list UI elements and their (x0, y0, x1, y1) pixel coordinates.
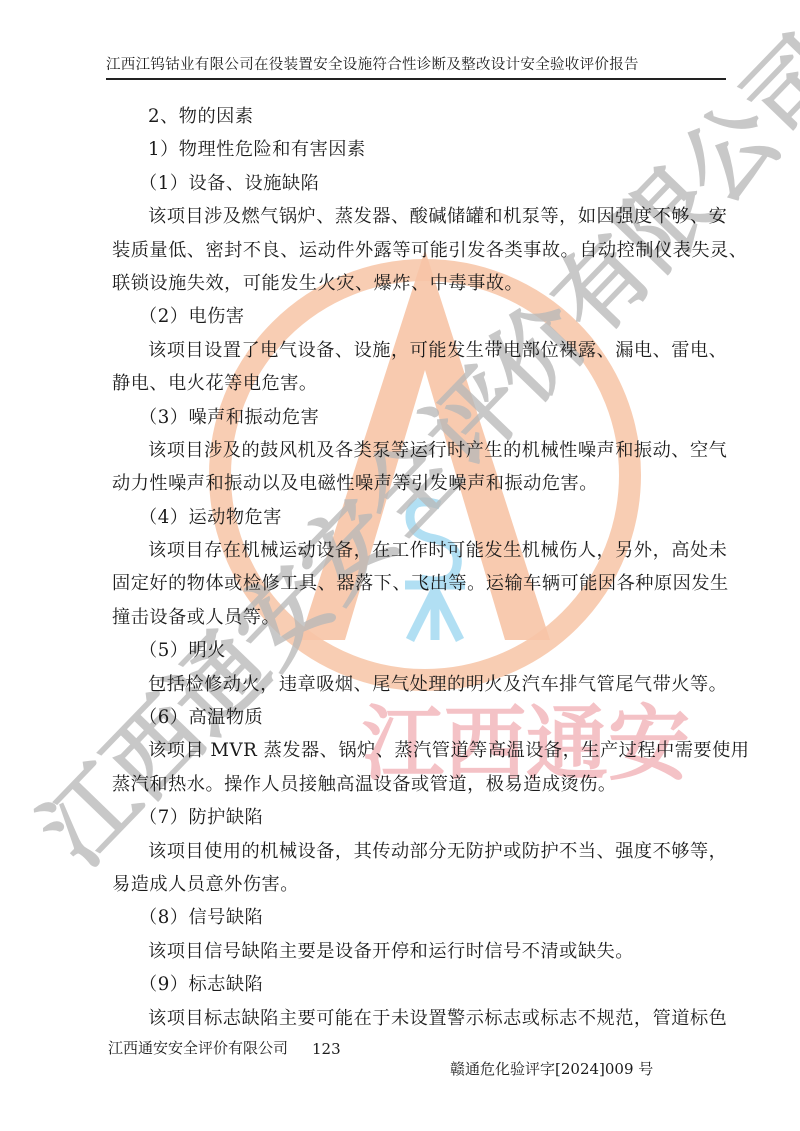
subsection-heading: （9）标志缺陷 (112, 968, 728, 1001)
subsection-heading: （6）高温物质 (112, 701, 728, 734)
page-header: 江西江钨钴业有限公司在役装置安全设施符合性诊断及整改设计安全验收评价报告 (106, 54, 726, 80)
paragraph-line: 动力性噪声和振动以及电磁性噪声等引发噪声和振动危害。 (112, 467, 728, 500)
paragraph-line: 联锁设施失效，可能发生火灾、爆炸、中毒事故。 (112, 267, 728, 300)
paragraph-line: 该项目涉及燃气锅炉、蒸发器、酸碱储罐和机泵等，如因强度不够、安 (112, 200, 728, 233)
paragraph-line: 该项目设置了电气设备、设施，可能发生带电部位裸露、漏电、雷电、 (112, 334, 728, 367)
document-body: 2、物的因素1）物理性危险和有害因素（1）设备、设施缺陷该项目涉及燃气锅炉、蒸发… (112, 100, 728, 1035)
section-heading: 1）物理性危险和有害因素 (112, 133, 728, 166)
subsection-heading: （3）噪声和振动危害 (112, 401, 728, 434)
subsection-heading: （8）信号缺陷 (112, 901, 728, 934)
paragraph-line: 固定好的物体或检修工具、器落下、飞出等。运输车辆可能因各种原因发生 (112, 567, 728, 600)
subsection-heading: （1）设备、设施缺陷 (112, 167, 728, 200)
subsection-heading: （4）运动物危害 (112, 501, 728, 534)
paragraph-line: 装质量低、密封不良、运动件外露等可能引发各类事故。自动控制仪表失灵、 (112, 234, 728, 267)
paragraph-line: 该项目信号缺陷主要是设备开停和运行时信号不清或缺失。 (112, 935, 728, 968)
paragraph-line: 该项目使用的机械设备，其传动部分无防护或防护不当、强度不够等， (112, 835, 728, 868)
section-heading: 2、物的因素 (112, 100, 728, 133)
page-number: 123 (312, 1040, 341, 1058)
paragraph-line: 易造成人员意外伤害。 (112, 868, 728, 901)
paragraph-line: 该项目存在机械运动设备，在工作时可能发生机械伤人，另外，高处未 (112, 534, 728, 567)
subsection-heading: （2）电伤害 (112, 300, 728, 333)
paragraph-line: 蒸汽和热水。操作人员接触高温设备或管道，极易造成烫伤。 (112, 768, 728, 801)
paragraph-line: 静电、电火花等电危害。 (112, 367, 728, 400)
document-number: 赣通危化验评字[2024]009 号 (450, 1058, 653, 1079)
subsection-heading: （7）防护缺陷 (112, 801, 728, 834)
paragraph-line: 该项目标志缺陷主要可能在于未设置警示标志或标志不规范，管道标色 (112, 1002, 728, 1035)
paragraph-line: 该项目 MVR 蒸发器、锅炉、蒸汽管道等高温设备，生产过程中需要使用 (112, 734, 728, 767)
header-title: 江西江钨钴业有限公司在役装置安全设施符合性诊断及整改设计安全验收评价报告 (106, 57, 639, 73)
paragraph-line: 撞击设备或人员等。 (112, 601, 728, 634)
paragraph-line: 包括检修动火，违章吸烟、尾气处理的明火及汽车排气管尾气带火等。 (112, 668, 728, 701)
paragraph-line: 该项目涉及的鼓风机及各类泵等运行时产生的机械性噪声和振动、空气 (112, 434, 728, 467)
subsection-heading: （5）明火 (112, 634, 728, 667)
footer-company: 江西通安安全评价有限公司 (108, 1037, 288, 1058)
